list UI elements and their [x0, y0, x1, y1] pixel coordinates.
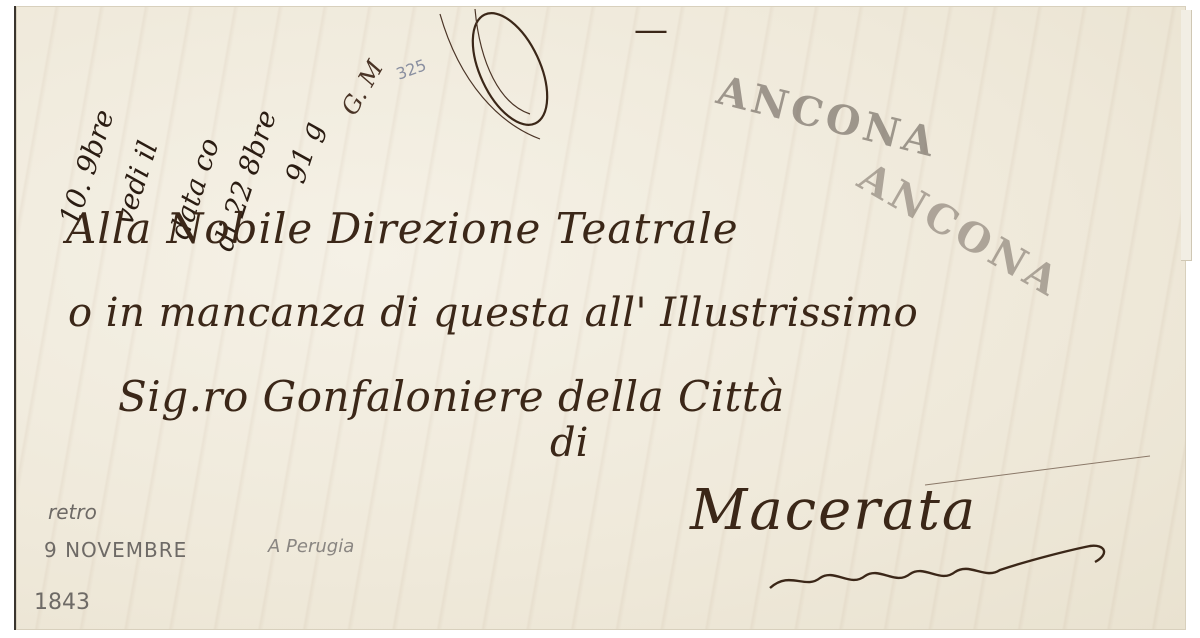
address-line-1: Alla Nobile Direzione Teatrale	[66, 204, 739, 253]
sheet-flap-edge	[1181, 10, 1192, 261]
address-line-3: Sig.ro Gonfaloniere della Città	[118, 372, 785, 421]
pencil-annotation-origin: A Perugia	[268, 536, 354, 557]
pencil-annotation-year: 1843	[34, 590, 90, 615]
underline-flourish	[760, 540, 1120, 600]
pencil-annotation-retro: retro	[48, 500, 97, 524]
address-line-2: o in mancanza di questa all' Illustrissi…	[68, 290, 918, 336]
rate-loop-mark	[420, 4, 570, 144]
rate-dash-mark: —	[634, 10, 668, 50]
address-line-4: di	[550, 420, 588, 466]
pencil-annotation-date: 9 NOVEMBRE	[44, 538, 187, 562]
faint-guide-line	[920, 450, 1160, 490]
